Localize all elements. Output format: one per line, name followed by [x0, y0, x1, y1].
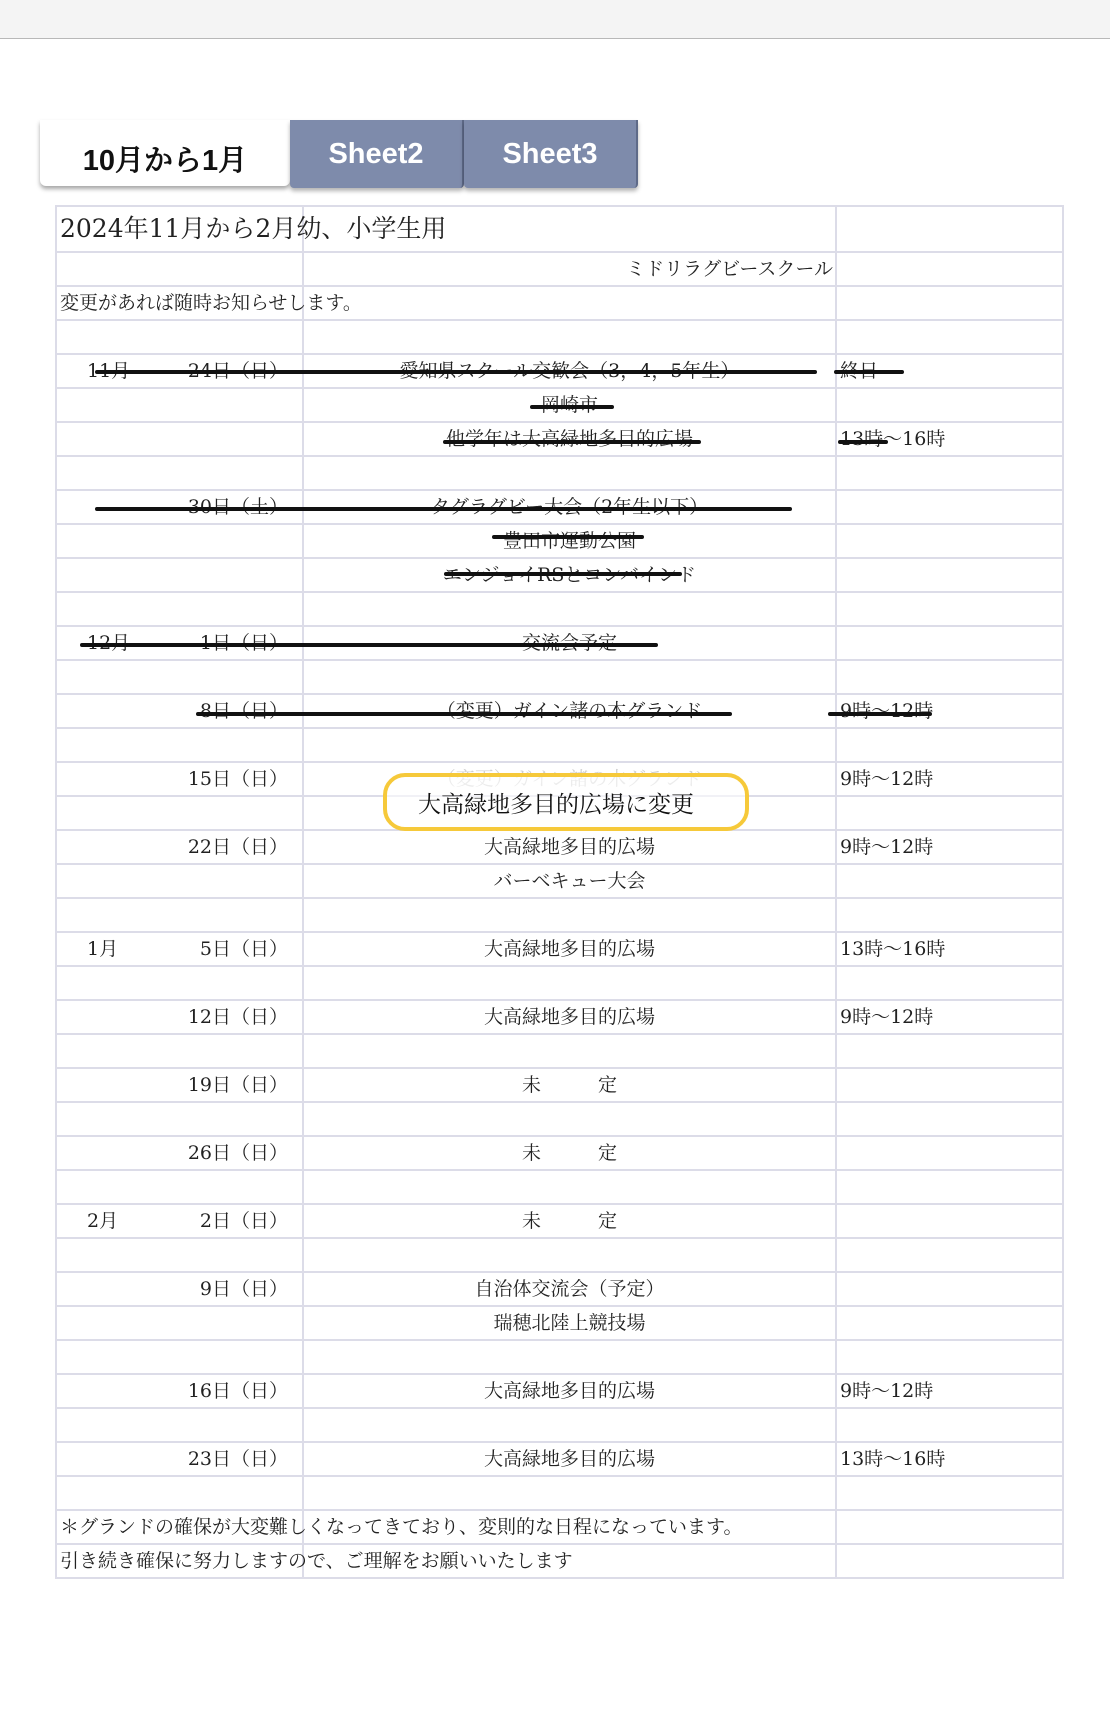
date-cell[interactable]	[57, 967, 304, 999]
cell[interactable]	[837, 253, 1064, 285]
time-cell[interactable]	[837, 661, 1064, 693]
date-cell[interactable]	[57, 661, 304, 693]
cell[interactable]: 変更があれば随時お知らせします。	[57, 287, 304, 319]
cell[interactable]	[837, 287, 1064, 319]
sheet-tab-bar: 10月から1月 Sheet2 Sheet3	[40, 120, 638, 188]
school-row: ミドリラグビースクール	[57, 253, 1064, 287]
table-row: エンジョイRSとコンバインド	[57, 559, 1064, 593]
tab-10月から1月[interactable]: 10月から1月	[40, 120, 290, 186]
date-cell[interactable]	[57, 525, 304, 557]
day-label: 2日（日）	[200, 1205, 288, 1237]
strike-mark	[838, 440, 888, 444]
schedule-rows: 11月24日（日）愛知県スクール交歓会（3，4，5年生）終日岡崎市他学年は大高緑…	[57, 355, 1064, 1511]
table-row	[57, 1409, 1064, 1443]
event-cell[interactable]: 大高緑地多目的広場	[304, 1443, 837, 1475]
date-cell[interactable]	[57, 1239, 304, 1271]
date-cell[interactable]	[57, 559, 304, 591]
event-cell[interactable]	[304, 1035, 837, 1067]
date-cell[interactable]: 16日（日）	[57, 1375, 304, 1407]
month-label: 1月	[87, 933, 118, 965]
date-cell[interactable]: 1月5日（日）	[57, 933, 304, 965]
day-label: 5日（日）	[200, 933, 288, 965]
event-cell[interactable]	[304, 1477, 837, 1509]
time-cell[interactable]	[837, 729, 1064, 761]
date-cell[interactable]	[57, 797, 304, 829]
strike-mark	[530, 405, 614, 409]
time-cell[interactable]	[837, 1409, 1064, 1441]
spreadsheet-grid: 2024年11月から2月幼、小学生用 ミドリラグビースクール 変更があれば随時お…	[55, 205, 1064, 1579]
date-cell[interactable]: 22日（日）	[57, 831, 304, 863]
tab-sheet2[interactable]: Sheet2	[290, 120, 464, 188]
strike-mark	[196, 712, 732, 716]
date-cell[interactable]	[57, 1477, 304, 1509]
day-label: 9日（日）	[200, 1273, 288, 1305]
event-cell[interactable]: 大高緑地多目的広場	[304, 831, 837, 863]
table-row: 26日（日）未 定	[57, 1137, 1064, 1171]
time-cell[interactable]	[837, 1273, 1064, 1305]
date-cell[interactable]	[57, 457, 304, 489]
date-cell[interactable]: 23日（日）	[57, 1443, 304, 1475]
table-row: 2月2日（日）未 定	[57, 1205, 1064, 1239]
time-cell[interactable]: 13時～16時	[837, 423, 1064, 455]
time-cell[interactable]	[837, 899, 1064, 931]
table-row	[57, 1103, 1064, 1137]
event-cell[interactable]	[304, 661, 837, 693]
date-cell[interactable]: 15日（日）	[57, 763, 304, 795]
date-cell[interactable]	[57, 1307, 304, 1339]
footer-row-2: 引き続き確保に努力しますので、ご理解をお願いいたします	[57, 1545, 1064, 1579]
time-cell[interactable]	[837, 457, 1064, 489]
event-cell[interactable]: 自治体交流会（予定）	[304, 1273, 837, 1305]
time-cell[interactable]	[837, 1307, 1064, 1339]
time-cell[interactable]	[837, 1477, 1064, 1509]
date-cell[interactable]: 12日（日）	[57, 1001, 304, 1033]
cell[interactable]	[837, 207, 1064, 251]
date-cell[interactable]	[57, 1409, 304, 1441]
date-cell[interactable]: 19日（日）	[57, 1069, 304, 1101]
cell[interactable]	[837, 1511, 1064, 1543]
day-label: 26日（日）	[188, 1137, 288, 1169]
cell[interactable]: ＊グランドの確保が大変難しくなってきており、変則的な日程になっています。	[57, 1511, 304, 1543]
date-cell[interactable]: 9日（日）	[57, 1273, 304, 1305]
event-cell[interactable]: 大高緑地多目的広場	[304, 1001, 837, 1033]
time-cell[interactable]	[837, 967, 1064, 999]
date-cell[interactable]	[57, 423, 304, 455]
cell[interactable]	[837, 321, 1064, 353]
event-cell[interactable]	[304, 1103, 837, 1135]
day-label: 12日（日）	[188, 1001, 288, 1033]
time-cell[interactable]: 9時～12時	[837, 1375, 1064, 1407]
cell[interactable]: 2024年11月から2月幼、小学生用	[57, 207, 304, 251]
table-row: 1月5日（日）大高緑地多目的広場13時～16時	[57, 933, 1064, 967]
sheet-title: 2024年11月から2月幼、小学生用	[60, 207, 446, 251]
table-row: バーベキュー大会	[57, 865, 1064, 899]
day-label: 16日（日）	[188, 1375, 288, 1407]
table-row	[57, 1171, 1064, 1205]
date-cell[interactable]: 26日（日）	[57, 1137, 304, 1169]
date-cell[interactable]: 8日（日）	[57, 695, 304, 727]
footer-row-1: ＊グランドの確保が大変難しくなってきており、変則的な日程になっています。	[57, 1511, 1064, 1545]
event-cell[interactable]	[304, 1409, 837, 1441]
strike-mark	[95, 370, 817, 374]
date-cell[interactable]: 2月2日（日）	[57, 1205, 304, 1237]
date-cell[interactable]	[57, 1341, 304, 1373]
event-cell[interactable]	[304, 899, 837, 931]
cell[interactable]: 引き続き確保に努力しますので、ご理解をお願いいたします	[57, 1545, 304, 1577]
event-cell[interactable]: 他学年は大高緑地多目的広場	[304, 423, 837, 455]
table-row	[57, 967, 1064, 1001]
event-cell[interactable]: 未 定	[304, 1069, 837, 1101]
time-cell[interactable]	[837, 559, 1064, 591]
time-cell[interactable]	[837, 593, 1064, 625]
table-row	[57, 457, 1064, 491]
time-cell[interactable]	[837, 1103, 1064, 1135]
time-cell[interactable]	[837, 525, 1064, 557]
table-row	[57, 1341, 1064, 1375]
date-cell[interactable]	[57, 1171, 304, 1203]
time-cell[interactable]	[837, 1035, 1064, 1067]
blank-row	[57, 321, 1064, 355]
table-row: 23日（日）大高緑地多目的広場13時～16時	[57, 1443, 1064, 1477]
time-cell[interactable]: 9時～12時	[837, 1001, 1064, 1033]
event-cell[interactable]	[304, 967, 837, 999]
event-cell[interactable]	[304, 1239, 837, 1271]
event-cell[interactable]: 未 定	[304, 1137, 837, 1169]
day-label: 15日（日）	[188, 763, 288, 795]
table-row	[57, 1239, 1064, 1273]
notice-text: 変更があれば随時お知らせします。	[60, 287, 362, 319]
event-cell[interactable]	[304, 457, 837, 489]
table-row: 9日（日）自治体交流会（予定）	[57, 1273, 1064, 1307]
date-cell[interactable]	[57, 1035, 304, 1067]
app-top-bar	[0, 0, 1110, 39]
date-cell[interactable]	[57, 389, 304, 421]
time-cell[interactable]: 13時～16時	[837, 1443, 1064, 1475]
cell[interactable]	[57, 253, 304, 285]
time-cell[interactable]: 9時～12時	[837, 695, 1064, 727]
strike-mark	[95, 507, 792, 511]
day-label: 19日（日）	[188, 1069, 288, 1101]
time-cell[interactable]	[837, 389, 1064, 421]
table-row: 19日（日）未 定	[57, 1069, 1064, 1103]
strike-mark	[444, 572, 682, 576]
time-cell[interactable]	[837, 491, 1064, 523]
strike-mark	[80, 643, 658, 647]
table-row	[57, 661, 1064, 695]
date-cell[interactable]	[57, 865, 304, 897]
footer-note-2: 引き続き確保に努力しますので、ご理解をお願いいたします	[60, 1545, 573, 1577]
time-cell[interactable]	[837, 1171, 1064, 1203]
table-row	[57, 1477, 1064, 1511]
time-cell[interactable]	[837, 627, 1064, 659]
strike-mark	[828, 712, 932, 716]
table-row	[57, 899, 1064, 933]
event-cell[interactable]	[304, 729, 837, 761]
month-label: 2月	[87, 1205, 118, 1237]
strike-mark	[492, 535, 644, 539]
time-cell[interactable]: 9時～12時	[837, 831, 1064, 863]
footer-note-1: ＊グランドの確保が大変難しくなってきており、変則的な日程になっています。	[60, 1511, 742, 1543]
cell[interactable]	[57, 321, 304, 353]
cell[interactable]	[304, 321, 837, 353]
event-cell[interactable]: 瑞穂北陸上競技場	[304, 1307, 837, 1339]
event-cell[interactable]: バーベキュー大会	[304, 865, 837, 897]
table-row	[57, 729, 1064, 763]
date-cell[interactable]	[57, 899, 304, 931]
strike-mark	[834, 370, 904, 374]
cell[interactable]	[304, 287, 837, 319]
day-label: 8日（日）	[200, 695, 288, 727]
strike-mark	[443, 440, 701, 444]
table-row: 12日（日）大高緑地多目的広場9時～12時	[57, 1001, 1064, 1035]
time-cell[interactable]	[837, 797, 1064, 829]
event-cell[interactable]: 大高緑地多目的広場	[304, 1375, 837, 1407]
date-cell[interactable]	[57, 593, 304, 625]
date-cell[interactable]	[57, 729, 304, 761]
event-cell[interactable]: 大高緑地多目的広場	[304, 933, 837, 965]
tab-sheet3[interactable]: Sheet3	[464, 120, 638, 188]
event-cell[interactable]	[304, 1171, 837, 1203]
cell[interactable]	[837, 1545, 1064, 1577]
event-cell[interactable]: （変更）ガイン諸の木グランド	[304, 695, 837, 727]
title-row: 2024年11月から2月幼、小学生用	[57, 207, 1064, 253]
day-label: 23日（日）	[188, 1443, 288, 1475]
table-row: 豊田市運動公園	[57, 525, 1064, 559]
event-cell[interactable]: 豊田市運動公園	[304, 525, 837, 557]
event-cell[interactable]: 未 定	[304, 1205, 837, 1237]
event-cell[interactable]	[304, 593, 837, 625]
time-cell[interactable]: 13時～16時	[837, 933, 1064, 965]
event-cell[interactable]	[304, 1341, 837, 1373]
table-row	[57, 593, 1064, 627]
time-cell[interactable]	[837, 1069, 1064, 1101]
notice-row: 変更があれば随時お知らせします。	[57, 287, 1064, 321]
table-row: 瑞穂北陸上競技場	[57, 1307, 1064, 1341]
time-cell[interactable]	[837, 1239, 1064, 1271]
table-row: 22日（日）大高緑地多目的広場9時～12時	[57, 831, 1064, 865]
time-cell[interactable]	[837, 865, 1064, 897]
date-cell[interactable]	[57, 1103, 304, 1135]
time-cell[interactable]	[837, 1137, 1064, 1169]
school-name[interactable]: ミドリラグビースクール	[304, 253, 837, 285]
time-cell[interactable]	[837, 1341, 1064, 1373]
time-cell[interactable]	[837, 1205, 1064, 1237]
time-cell[interactable]: 9時～12時	[837, 763, 1064, 795]
annotation-text: 大高緑地多目的広場に変更	[418, 786, 694, 819]
table-row: 16日（日）大高緑地多目的広場9時～12時	[57, 1375, 1064, 1409]
table-row	[57, 1035, 1064, 1069]
day-label: 22日（日）	[188, 831, 288, 863]
